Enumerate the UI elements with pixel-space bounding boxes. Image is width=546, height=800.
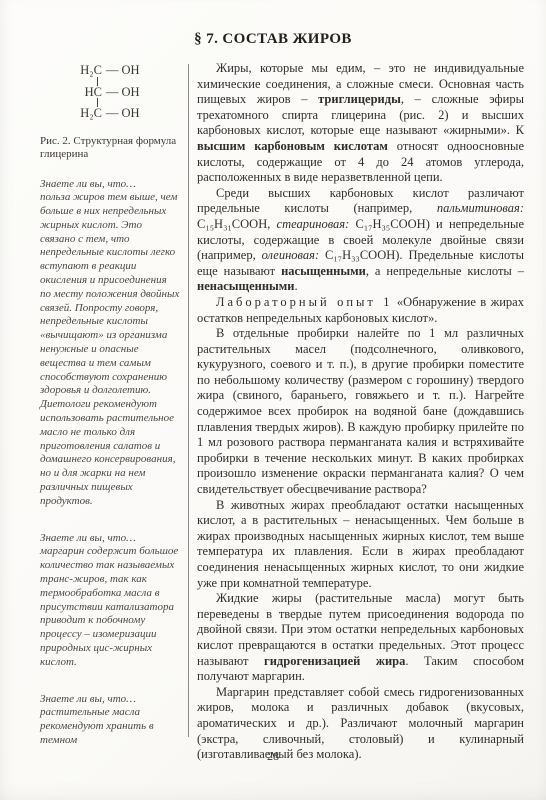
sidebar-notes: Знаете ли вы, что…польза жиров тем выше,… <box>40 178 180 748</box>
bond-horizontal: — <box>106 64 119 77</box>
formula-group: H₂C <box>76 107 102 120</box>
text-run: олеиновая: <box>262 248 320 262</box>
page-number: 28 <box>0 749 546 764</box>
formula-row: HC—OH <box>76 86 180 99</box>
column-divider <box>188 64 189 737</box>
formula-row: H₂C—OH <box>76 107 180 120</box>
note-heading: Знаете ли вы, что… <box>40 693 180 707</box>
text-run: гидрогенизацией жира <box>264 654 405 668</box>
formula-oh: OH <box>122 106 140 120</box>
page-title: § 7. СОСТАВ ЖИРОВ <box>0 31 546 48</box>
text-run: триглицериды <box>318 92 401 106</box>
text-run: пальмитиновая: <box>437 201 524 215</box>
did-you-know-note: Знаете ли вы, что…растительные масла рек… <box>40 693 180 748</box>
text-run: высшим карбоновым кислотам <box>197 139 388 153</box>
note-heading: Знаете ли вы, что… <box>40 178 180 192</box>
sidebar: H₂C—OHHC—OHH₂C—OH Рис. 2. Структурная фо… <box>40 64 180 771</box>
text-run: стеариновая: <box>277 217 350 231</box>
note-body: польза жиров тем выше, чем больше в них … <box>40 191 179 507</box>
did-you-know-note: Знаете ли вы, что…маргарин содержит боль… <box>40 532 180 670</box>
paragraph: Жиры, которые мы едим, – это не индивиду… <box>197 61 524 186</box>
formula-row: H₂C—OH <box>76 64 180 77</box>
figure-caption: Рис. 2. Структурная формула глицерина <box>40 135 180 162</box>
main-text-column: Жиры, которые мы едим, – это не индивиду… <box>197 61 524 763</box>
bond-horizontal: — <box>106 107 119 120</box>
paragraph: В отдельные пробирки налейте по 1 мл раз… <box>197 326 524 498</box>
text-run: В животных жирах преобладают остатки нас… <box>197 498 524 590</box>
did-you-know-note: Знаете ли вы, что…польза жиров тем выше,… <box>40 178 180 509</box>
glycerol-structural-formula: H₂C—OHHC—OHH₂C—OH <box>76 64 180 120</box>
paragraph: Жидкие жиры (растительные масла) могут б… <box>197 591 524 685</box>
figure-glycerol: H₂C—OHHC—OHH₂C—OH Рис. 2. Структурная фо… <box>40 64 180 162</box>
paragraph: Лабораторный опыт 1 «Обнаружение в жирах… <box>197 295 524 326</box>
text-run: , а непредельные кислоты – <box>366 264 524 278</box>
text-run: Лабораторный опыт 1 <box>216 295 393 309</box>
note-heading: Знаете ли вы, что… <box>40 532 180 546</box>
text-run: насыщенными <box>281 264 366 278</box>
text-run: C₁₅H₃₁COOH, <box>197 217 277 231</box>
text-run: . <box>295 279 298 293</box>
formula-group: HC <box>76 86 102 99</box>
bond-horizontal: — <box>106 86 119 99</box>
text-run: ненасыщенными <box>197 279 295 293</box>
paragraph: В животных жирах преобладают остатки нас… <box>197 498 524 592</box>
text-run: В отдельные пробирки налейте по 1 мл раз… <box>197 326 524 496</box>
note-body: растительные масла рекомендуют хранить в… <box>40 706 154 746</box>
book-page: § 7. СОСТАВ ЖИРОВ H₂C—OHHC—OHH₂C—OH Рис.… <box>0 0 546 800</box>
formula-group: H₂C <box>76 64 102 77</box>
main-paragraphs: Жиры, которые мы едим, – это не индивиду… <box>197 61 524 763</box>
paragraph: Среди высших карбоновых кислот различают… <box>197 186 524 295</box>
formula-oh: OH <box>122 63 140 77</box>
formula-oh: OH <box>122 85 140 99</box>
note-body: маргарин содержит большое количество так… <box>40 545 178 667</box>
